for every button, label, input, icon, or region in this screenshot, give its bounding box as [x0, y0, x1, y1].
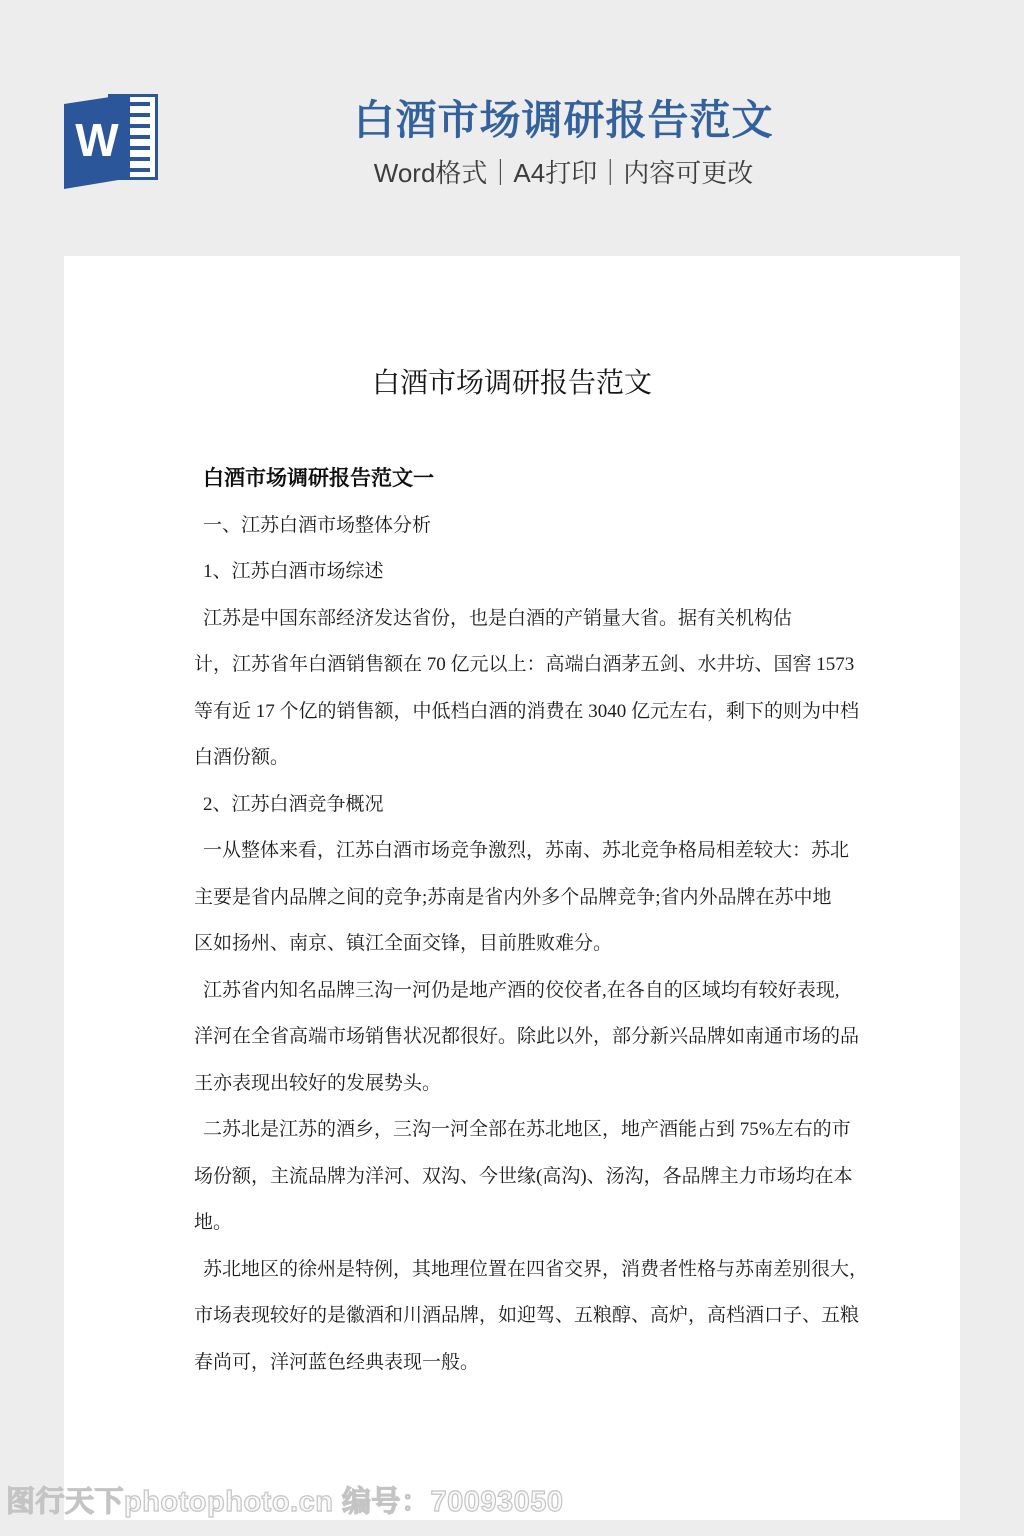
document-line: 场份额，主流品牌为洋河、双沟、今世缘(高沟)、汤沟，各品牌主力市场均在本 [194, 1154, 854, 1201]
document-line: 洋河在全省高端市场销售状况都很好。除此以外，部分新兴品牌如南通市场的品 [194, 1014, 854, 1061]
document-line: 市场表现较好的是徽酒和川酒品牌，如迎驾、五粮醇、高炉，高档酒口子、五粮 [194, 1293, 854, 1340]
template-preview-canvas: W 白酒市场调研报告范文 Word格式｜A4打印｜内容可更改 白酒市场调研报告范… [0, 0, 1024, 1536]
document-line: 江苏是中国东部经济发达省份，也是白酒的产销量大省。据有关机构估 [194, 596, 854, 643]
document-line: 计，江苏省年白酒销售额在 70 亿元以上：高端白酒茅五剑、水井坊、国窖 1573 [194, 642, 854, 689]
document-page: 白酒市场调研报告范文 白酒市场调研报告范文一一、江苏白酒市场整体分析1、江苏白酒… [64, 256, 960, 1520]
document-line: 等有近 17 个亿的销售额，中低档白酒的消费在 3040 亿元左右，剩下的则为中… [194, 689, 854, 736]
header-text-block: 白酒市场调研报告范文 Word格式｜A4打印｜内容可更改 [163, 94, 964, 190]
document-line: 一从整体来看，江苏白酒市场竞争激烈，苏南、苏北竞争格局相差较大：苏北 [194, 828, 854, 875]
document-line: 二苏北是江苏的酒乡，三沟一河全部在苏北地区，地产酒能占到 75%左右的市 [194, 1107, 854, 1154]
word-logo-letter: W [64, 110, 130, 170]
document-line: 主要是省内品牌之间的竞争;苏南是省内外多个品牌竞争;省内外品牌在苏中地 [194, 875, 854, 922]
template-subtitle: Word格式｜A4打印｜内容可更改 [163, 156, 964, 190]
document-line: 一、江苏白酒市场整体分析 [194, 503, 854, 550]
document-line: 江苏省内知名品牌三沟一河仍是地产酒的佼佼者,在各自的区域均有较好表现, [194, 968, 854, 1015]
document-line: 苏北地区的徐州是特例，其地理位置在四省交界，消费者性格与苏南差别很大， [194, 1247, 854, 1294]
document-title: 白酒市场调研报告范文 [64, 364, 960, 404]
word-logo-icon: W [64, 90, 164, 190]
document-line: 王亦表现出较好的发展势头。 [194, 1061, 854, 1108]
document-line: 2、江苏白酒竞争概况 [194, 782, 854, 829]
document-line: 区如扬州、南京、镇江全面交锋，目前胜败难分。 [194, 921, 854, 968]
document-line: 春尚可，洋河蓝色经典表现一般。 [194, 1340, 854, 1387]
document-line: 白酒市场调研报告范文一 [194, 456, 854, 503]
document-line: 1、江苏白酒市场综述 [194, 549, 854, 596]
preview-header: W 白酒市场调研报告范文 Word格式｜A4打印｜内容可更改 [0, 0, 1024, 255]
template-title: 白酒市场调研报告范文 [163, 94, 964, 146]
document-line: 地。 [194, 1200, 854, 1247]
document-line: 白酒份额。 [194, 735, 854, 782]
document-body: 白酒市场调研报告范文一一、江苏白酒市场整体分析1、江苏白酒市场综述江苏是中国东部… [194, 456, 854, 1386]
site-watermark: 图行天下photophoto.cn 编号：70093050 [6, 1484, 564, 1520]
